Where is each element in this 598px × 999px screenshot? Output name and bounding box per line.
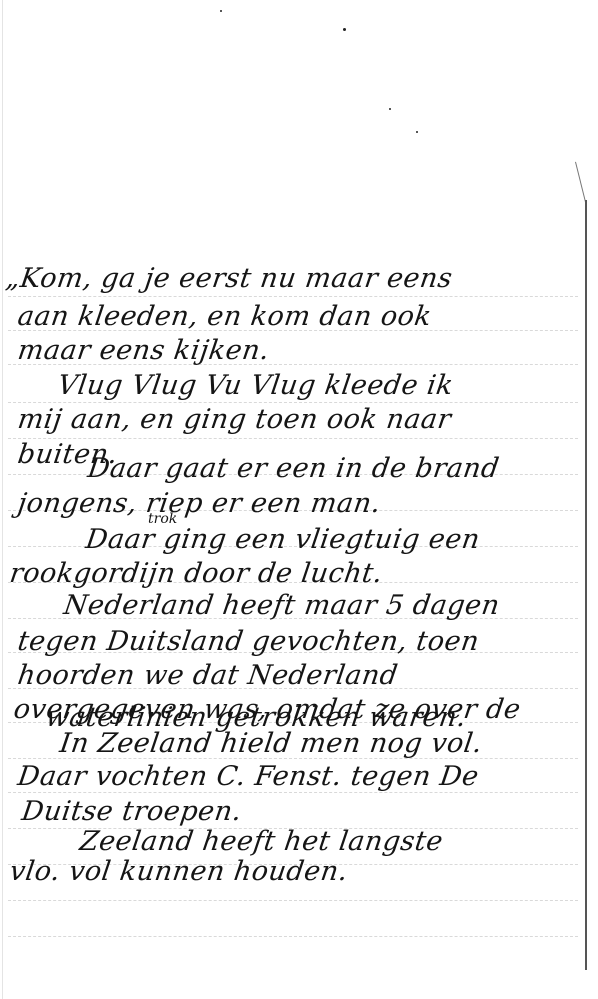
text-line: maar eens kijken. — [16, 337, 271, 364]
text-line: vlo. vol kunnen houden. — [8, 858, 350, 885]
ink-speck — [416, 131, 418, 133]
ink-speck — [343, 28, 346, 31]
text-line: „Kom, ga je eerst nu maar eens — [4, 265, 454, 292]
ruled-line — [8, 792, 578, 794]
text-line: Daar gaat er een in de brand — [86, 455, 501, 482]
text-line: aan kleeden, en kom dan ook — [16, 303, 433, 330]
text-line: In Zeeland hield men nog vol. — [58, 730, 484, 757]
ink-speck — [389, 108, 391, 110]
text-line: mij aan, en ging toen ook naar — [16, 406, 453, 433]
ruled-line — [8, 936, 578, 938]
text-line: waterlinien getrokken waren. — [44, 704, 468, 731]
text-line: Daar ging een vliegtuig een — [84, 526, 482, 553]
text-line: rookgordijn door de lucht. — [8, 560, 384, 587]
page-right-edge — [585, 200, 587, 970]
ruled-line — [8, 900, 578, 902]
page-fold-line — [575, 162, 586, 203]
text-line: hoorden we dat Nederland — [16, 662, 400, 689]
text-line: tegen Duitsland gevochten, toen — [16, 628, 481, 655]
ink-speck — [220, 10, 222, 12]
text-line: Duitse troepen. — [20, 798, 243, 825]
text-line: Nederland heeft maar 5 dagen — [62, 592, 501, 619]
text-line: Vlug Vlug Vu Vlug kleede ik — [56, 372, 455, 399]
ruled-line — [8, 296, 578, 298]
text-line: jongens, riep er een man. — [16, 490, 382, 517]
text-line: Daar vochten C. Fenst. tegen De — [16, 763, 480, 790]
text-line: Zeeland heeft het langste — [78, 828, 445, 855]
handwritten-page: „Kom, ga je eerst nu maar eens aan kleed… — [0, 0, 598, 999]
page-left-edge — [2, 0, 3, 999]
